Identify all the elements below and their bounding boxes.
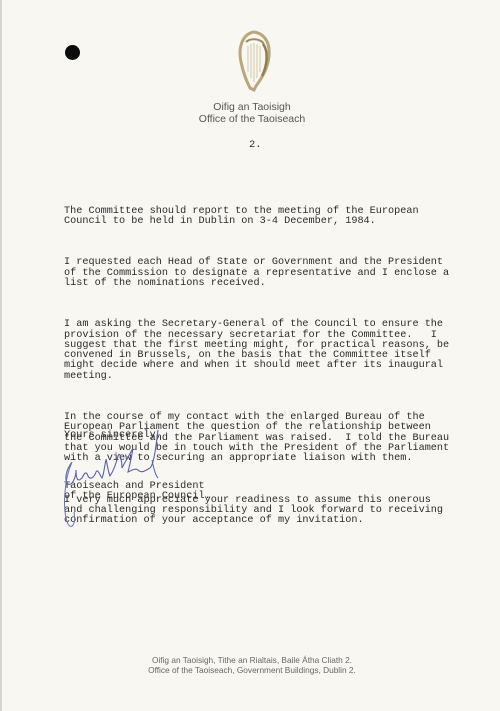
page-number: 2. [249, 139, 262, 151]
paragraph: I requested each Head of State or Govern… [64, 258, 464, 289]
letter-page: Oifig an Taoisigh Office of the Taoiseac… [0, 0, 500, 711]
letterhead-english: Office of the Taoiseach [2, 113, 500, 125]
hole-punch [65, 45, 80, 60]
paragraph: The Committee should report to the meeti… [64, 207, 464, 228]
harp-icon [232, 28, 276, 94]
footer-address: Oifig an Taoisigh, Tithe an Rialtais, Ba… [2, 655, 500, 675]
handwritten-signature [42, 420, 222, 532]
paragraph: I am asking the Secretary-General of the… [64, 320, 464, 382]
footer-address-english: Office of the Taoiseach, Government Buil… [2, 665, 500, 675]
footer-address-irish: Oifig an Taoisigh, Tithe an Rialtais, Ba… [2, 655, 500, 665]
letterhead-irish: Oifig an Taoisigh [2, 101, 500, 113]
